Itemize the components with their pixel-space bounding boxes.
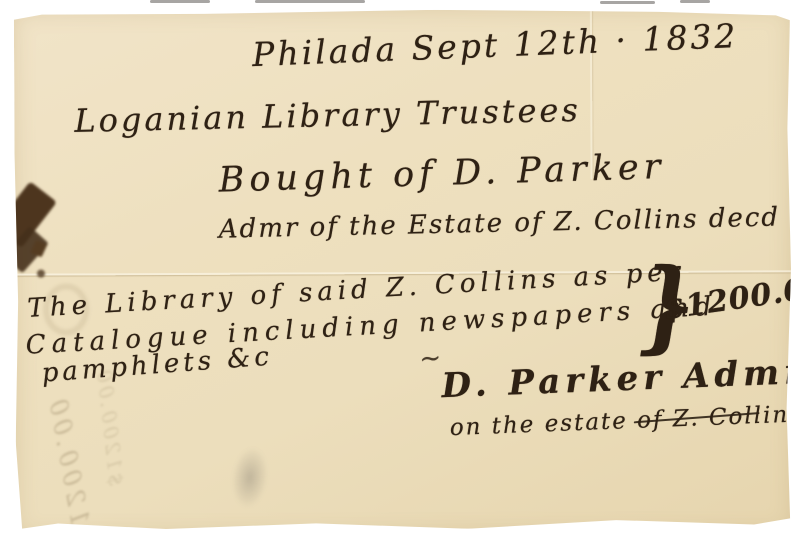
pencil-smudge: [228, 445, 272, 511]
showthrough-writing: $1200.00: [38, 365, 99, 547]
addressee-line: Loganian Library Trustees: [74, 91, 581, 140]
photo-crop-artifact: [680, 0, 710, 3]
date-line: Philada Sept 12th · 1832: [251, 16, 739, 74]
photo-crop-artifact: [255, 0, 365, 3]
receipt-paper: $1200.00 $1200.00 Philada Sept 12th · 18…: [14, 8, 792, 535]
pen-flourish: ~: [418, 343, 442, 375]
photo-crop-artifact: [600, 1, 655, 4]
administrator-line: Admr of the Estate of Z. Collins decd: [219, 202, 781, 244]
scan-background: $1200.00 $1200.00 Philada Sept 12th · 18…: [0, 0, 800, 548]
signature-name: D. Parker Admr: [441, 352, 800, 406]
bought-of-line: Bought of D. Parker: [218, 147, 666, 201]
signature-line-2: on the estate of Z. Collins.: [449, 401, 800, 441]
ink-stain: [7, 177, 63, 287]
photo-crop-artifact: [150, 0, 210, 3]
